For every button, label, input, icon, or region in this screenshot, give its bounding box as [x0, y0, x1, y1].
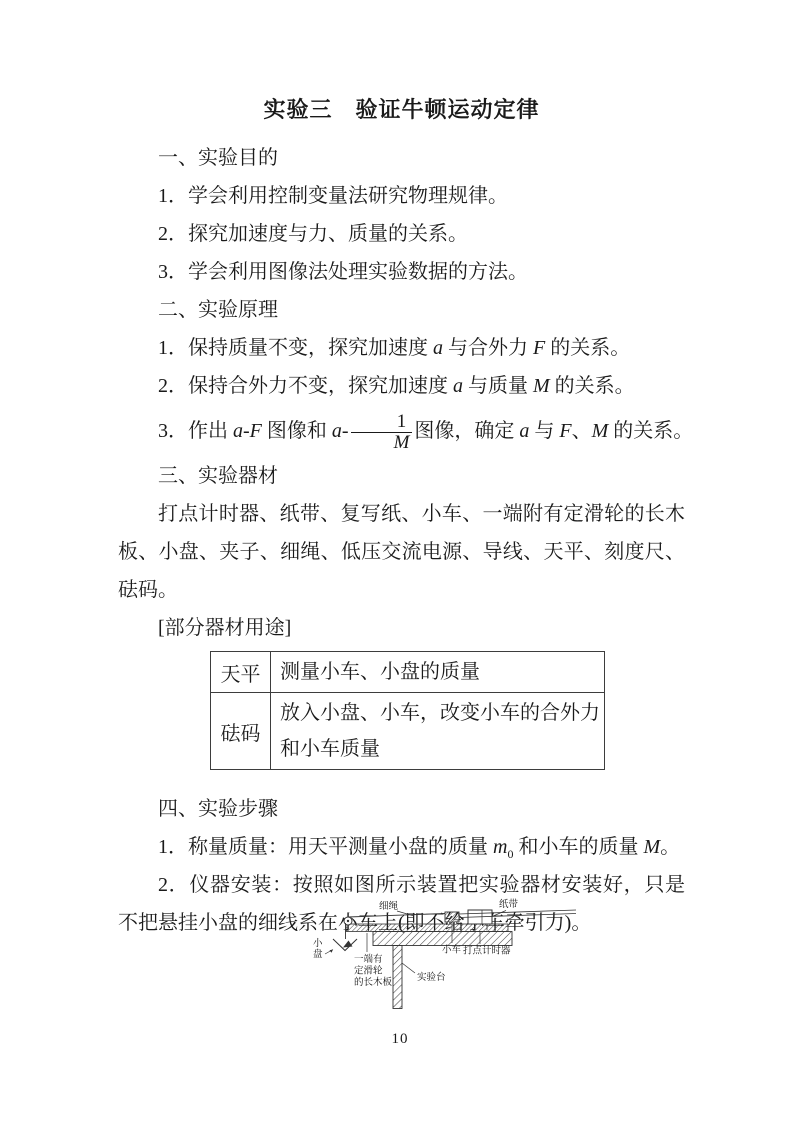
list-item: 1．称量质量：用天平测量小盘的质量 m0 和小车的质量 M。: [118, 828, 685, 866]
equipment-name-cell: 砝码: [211, 693, 271, 770]
bench-leg: [393, 946, 402, 1009]
label-plate-char: 小: [313, 937, 323, 949]
label-timer: 打点计时器: [463, 945, 511, 957]
leader-line: [402, 963, 415, 973]
thread: [348, 914, 445, 918]
label-string: 细绳: [379, 901, 399, 912]
list-item: 1．保持质量不变，探究加速度 a 与合外力 F 的关系。: [118, 329, 685, 367]
apparatus-diagram: 细绳 纸带 小 盘 一端有 定滑轮 的长木板 小车 打点计时器 实验台: [300, 888, 640, 1016]
document-page: 实验三 验证牛顿运动定律 一、实验目的 1．学会利用控制变量法研究物理规律。 2…: [0, 0, 800, 1131]
label-board-line: 一端有: [354, 953, 383, 965]
bench-top: [373, 932, 512, 946]
label-plate-char: 盘: [313, 948, 323, 960]
list-item: 1．学会利用控制变量法研究物理规律。: [118, 177, 685, 215]
section-heading-purpose: 一、实验目的: [118, 139, 685, 177]
list-item: 2．保持合外力不变，探究加速度 a 与质量 M 的关系。: [118, 367, 685, 405]
cart: [445, 912, 459, 922]
list-item: 3．学会利用图像法处理实验数据的方法。: [118, 253, 685, 291]
equipment-purpose-cell: 测量小车、小盘的质量: [271, 652, 605, 693]
pulley-axle: [347, 920, 349, 922]
apparatus-note: [部分器材用途]: [118, 609, 685, 647]
list-item-with-fraction: 3．作出 a-F 图像和 a-1M图像，确定 a 与 F、M 的关系。: [118, 405, 685, 457]
equipment-name-cell: 天平: [211, 652, 271, 693]
label-board-line: 的长木板: [354, 976, 393, 988]
purpose-line: 测量小车、小盘的质量: [280, 654, 603, 690]
purpose-line: 放入小盘、小车，改变小车的合外力: [280, 695, 603, 731]
list-item: 2．探究加速度与力、质量的关系。: [118, 215, 685, 253]
table-row: 砝码 放入小盘、小车，改变小车的合外力 和小车质量: [211, 693, 605, 770]
apparatus-paragraph: 打点计时器、纸带、复写纸、小车、一端附有定滑轮的长木板、小盘、夹子、细绳、低压交…: [118, 495, 685, 609]
label-bench: 实验台: [417, 971, 446, 983]
page-title: 实验三 验证牛顿运动定律: [118, 95, 685, 125]
table-row: 天平 测量小车、小盘的质量: [211, 652, 605, 693]
label-cart: 小车: [442, 944, 462, 956]
equipment-purpose-cell: 放入小盘、小车，改变小车的合外力 和小车质量: [271, 693, 605, 770]
page-number: 10: [0, 1031, 800, 1048]
section-heading-principle: 二、实验原理: [118, 291, 685, 329]
purpose-line: 和小车质量: [280, 731, 603, 767]
long-board: [346, 924, 508, 932]
label-tape: 纸带: [499, 898, 519, 910]
page-content: 实验三 验证牛顿运动定律 一、实验目的 1．学会利用控制变量法研究物理规律。 2…: [118, 95, 685, 942]
cart-wheel: [447, 922, 450, 925]
hanging-pan: [333, 939, 357, 951]
equipment-table: 天平 测量小车、小盘的质量 砝码 放入小盘、小车，改变小车的合外力 和小车质量: [210, 651, 605, 770]
section-heading-apparatus: 三、实验器材: [118, 457, 685, 495]
label-board-line: 定滑轮: [354, 965, 383, 977]
cart-wheel: [454, 922, 457, 925]
section-heading-steps: 四、实验步骤: [118, 790, 685, 828]
